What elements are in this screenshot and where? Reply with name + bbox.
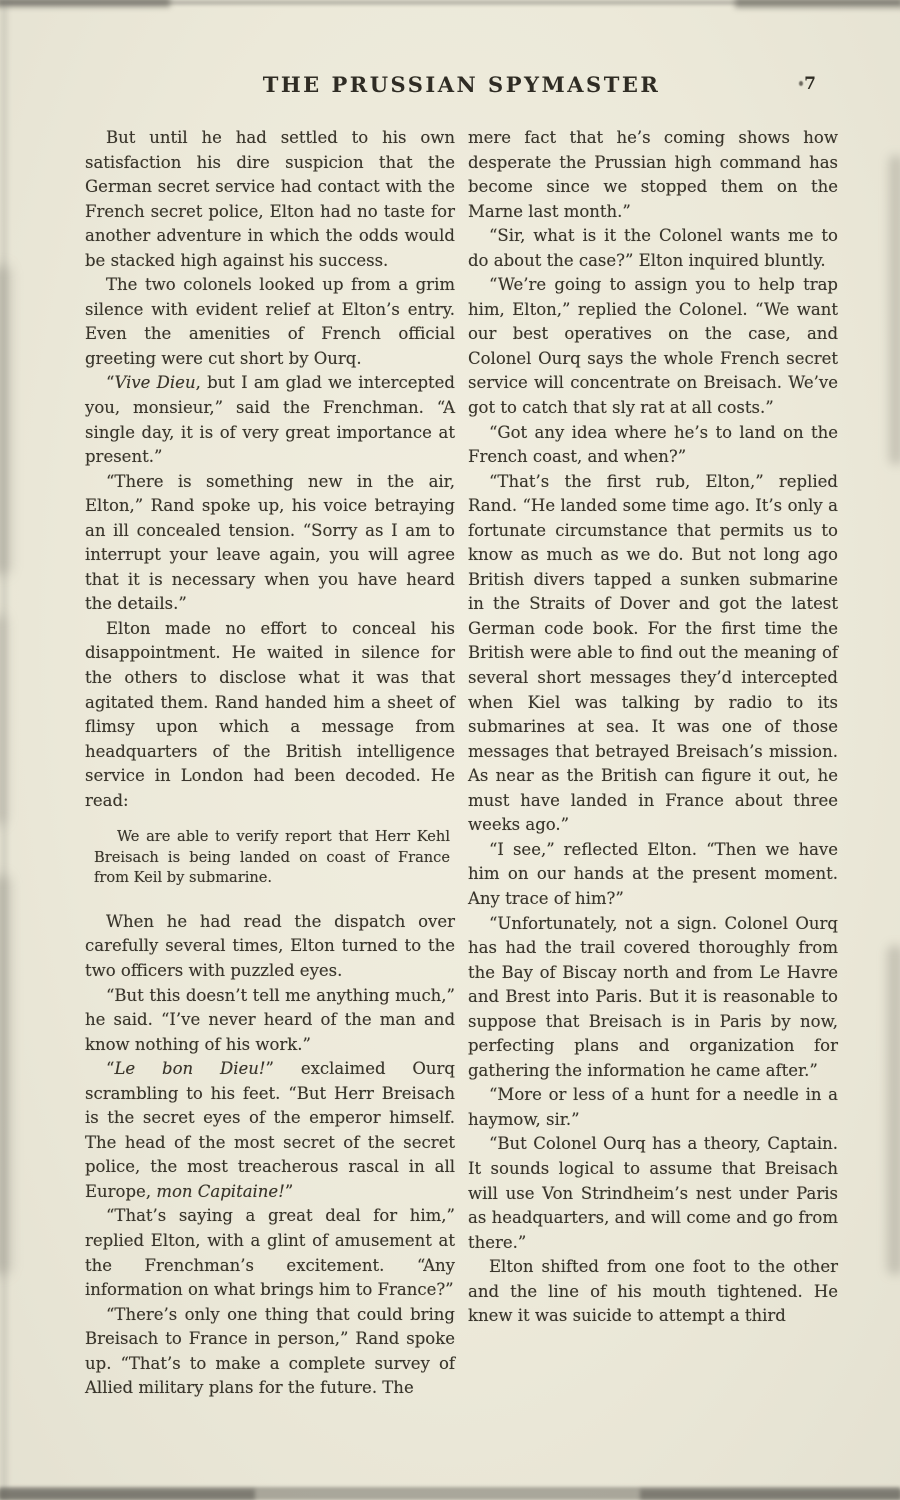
paragraph: “Unfortunately, not a sign. Colonel Ourq… <box>468 912 838 1084</box>
paragraph: “But Colonel Ourq has a theory, Captain.… <box>468 1132 838 1255</box>
scan-artifact <box>640 1489 900 1500</box>
scan-artifact <box>0 1487 900 1500</box>
italic-phrase: mon Capitaine! <box>156 1182 285 1201</box>
paragraph: But until he had settled to his own sati… <box>85 126 455 273</box>
paragraph: “That’s the first rub, Elton,” replied R… <box>468 470 838 838</box>
running-title: THE PRUSSIAN SPYMASTER <box>263 72 661 97</box>
text-segment: ” exclaimed Ourq scrambling to his feet.… <box>85 1059 455 1201</box>
dispatch-quote: We are able to verify report that Herr K… <box>94 827 450 888</box>
paragraph: “Sir, what is it the Colonel wants me to… <box>468 224 838 273</box>
text-segment: We are able to verify report that Herr K… <box>94 828 450 885</box>
paragraph: mere fact that he’s coming shows how des… <box>468 126 838 224</box>
right-column: mere fact that he’s coming shows how des… <box>468 126 838 1401</box>
paragraph: “That’s saying a great deal for him,” re… <box>85 1204 455 1302</box>
paragraph: “I see,” reflected Elton. “Then we have … <box>468 838 838 912</box>
page-number: 7 <box>804 74 816 94</box>
text-segment: “But this doesn’t tell me anything much,… <box>85 986 455 1054</box>
text-segment: When he had read the dispatch over caref… <box>85 912 455 980</box>
paragraph: “There is something new in the air, Elto… <box>85 470 455 617</box>
text-segment: “But Colonel Ourq has a theory, Captain.… <box>468 1134 838 1251</box>
paragraph: “Vive Dieu, but I am glad we intercepted… <box>85 371 455 469</box>
scan-artifact <box>0 0 900 5</box>
text-segment: But until he had settled to his own sati… <box>85 128 455 270</box>
paragraph: “There’s only one thing that could bring… <box>85 1303 455 1401</box>
text-segment: “There’s only one thing that could bring… <box>85 1305 455 1398</box>
paragraph: The two colonels looked up from a grim s… <box>85 273 455 371</box>
scanned-book-page: THE PRUSSIAN SPYMASTER 7 But until he ha… <box>0 0 900 1500</box>
paragraph: “Le bon Dieu!” exclaimed Ourq scrambling… <box>85 1057 455 1204</box>
scan-artifact <box>887 945 900 1275</box>
text-segment: “We’re going to assign you to help trap … <box>468 275 838 417</box>
paragraph: Elton shifted from one foot to the other… <box>468 1255 838 1329</box>
paragraph: “We’re going to assign you to help trap … <box>468 273 838 420</box>
text-segment: “Sir, what is it the Colonel wants me to… <box>468 226 838 270</box>
paragraph: “But this doesn’t tell me anything much,… <box>85 984 455 1058</box>
page-header: THE PRUSSIAN SPYMASTER 7 <box>85 72 838 102</box>
scan-artifact <box>0 875 10 1275</box>
text-segment: “Unfortunately, not a sign. Colonel Ourq… <box>468 914 838 1080</box>
left-column: But until he had settled to his own sati… <box>85 126 455 1401</box>
scan-artifact <box>735 0 900 8</box>
scan-artifact <box>0 615 6 825</box>
scan-artifact <box>0 1489 255 1500</box>
scan-artifact <box>889 155 900 465</box>
text-segment: The two colonels looked up from a grim s… <box>85 275 455 368</box>
text-segment: “That’s saying a great deal for him,” re… <box>85 1206 455 1299</box>
text-segment: “There is something new in the air, Elto… <box>85 472 455 614</box>
text-segment: ” <box>285 1182 293 1201</box>
paragraph: “More or less of a hunt for a needle in … <box>468 1083 838 1132</box>
scan-artifact <box>0 0 170 7</box>
text-segment: mere fact that he’s coming shows how des… <box>468 128 838 221</box>
text-segment: “I see,” reflected Elton. “Then we have … <box>468 840 838 908</box>
text-segment: Elton made no effort to conceal his disa… <box>85 619 455 810</box>
text-segment: “Got any idea where he’s to land on the … <box>468 423 838 467</box>
italic-phrase: Vive Dieu <box>114 373 195 392</box>
text-segment: Elton shifted from one foot to the other… <box>468 1257 838 1325</box>
text-segment: “That’s the first rub, Elton,” replied R… <box>468 472 838 835</box>
scan-artifact <box>0 265 10 575</box>
text-segment: “More or less of a hunt for a needle in … <box>468 1085 838 1129</box>
paragraph: “Got any idea where he’s to land on the … <box>468 421 838 470</box>
paragraph: When he had read the dispatch over caref… <box>85 910 455 984</box>
paragraph: Elton made no effort to conceal his disa… <box>85 617 455 813</box>
scan-artifact <box>0 0 8 1500</box>
italic-phrase: Le bon Dieu! <box>114 1059 265 1078</box>
text-columns: But until he had settled to his own sati… <box>85 126 838 1401</box>
